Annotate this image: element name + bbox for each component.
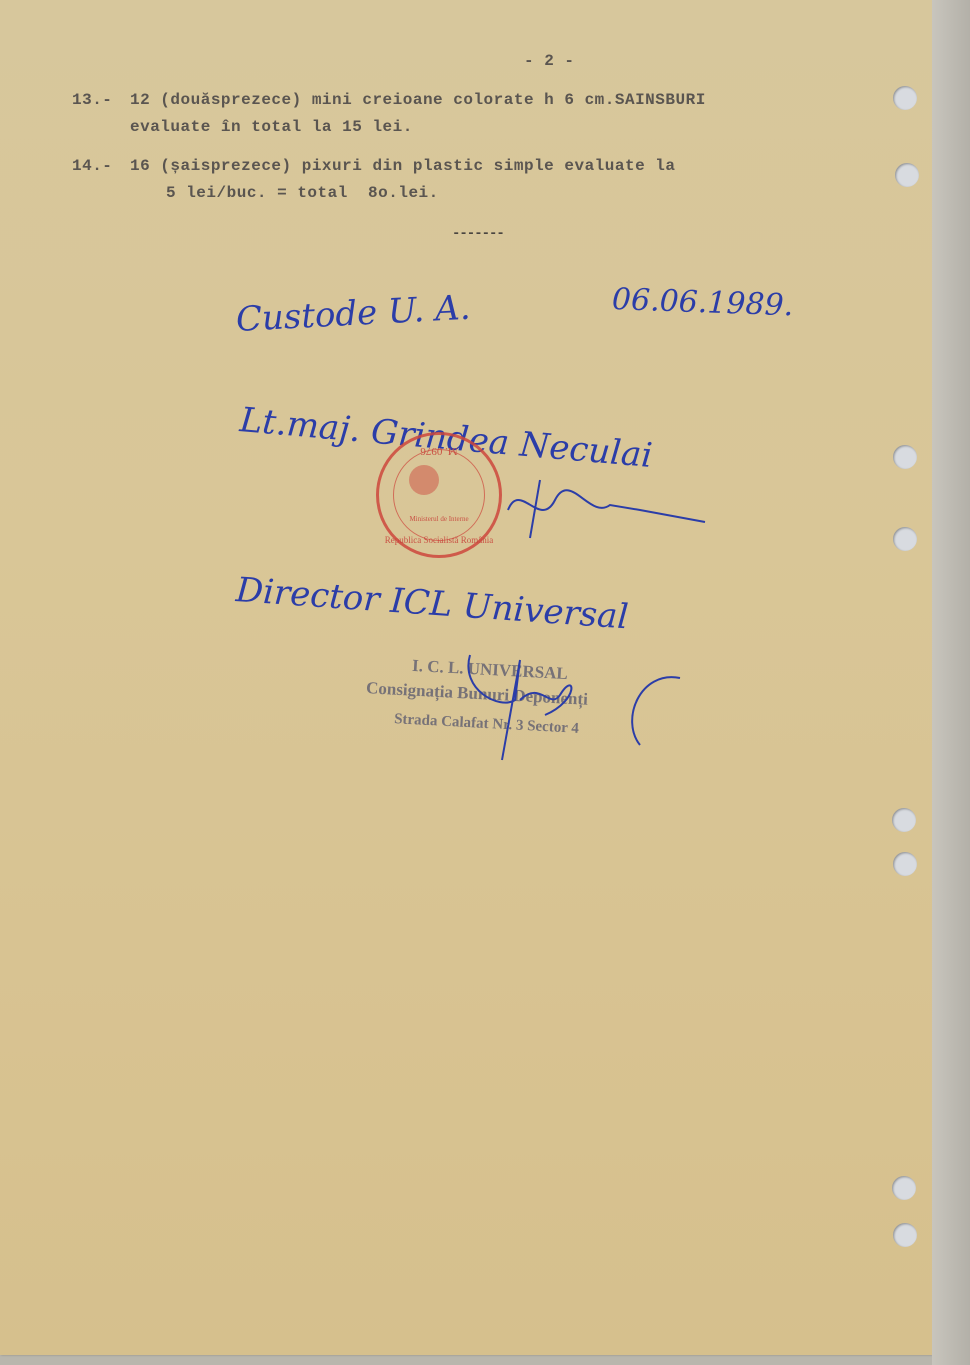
item-14-line2: 5 lei/buc. = total 8o.lei. [166, 184, 439, 202]
seal-code: M. 0976 [379, 445, 499, 457]
official-seal: M. 0976 Republica Socialistă România Min… [376, 432, 502, 558]
director-label: Director ICL Universal [235, 570, 630, 637]
punch-hole [893, 527, 917, 551]
document-page: - 2 - 13.- 12 (douăsprezece) mini creioa… [0, 0, 932, 1355]
custodian-label: Custode U. A. [235, 288, 471, 340]
punch-hole [893, 1223, 917, 1247]
punch-hole [892, 808, 916, 832]
item-13-line2: evaluate în total la 15 lei. [130, 118, 413, 136]
seal-outer-text: Republica Socialistă România [379, 535, 499, 545]
punch-hole [893, 445, 917, 469]
item-13-line1: 12 (douăsprezece) mini creioane colorate… [130, 91, 706, 109]
punch-hole [893, 86, 917, 110]
item-13-number: 13.- [72, 91, 112, 109]
separator: ------- [452, 226, 504, 242]
date: 06.06.1989. [611, 282, 793, 323]
item-14-number: 14.- [72, 157, 112, 175]
punch-hole [895, 163, 919, 187]
punch-hole [892, 1176, 916, 1200]
coat-of-arms-icon [409, 465, 439, 495]
seal-inner-ring [393, 449, 485, 541]
custodian-signature [500, 470, 730, 540]
scanner-background [932, 0, 970, 1365]
punch-hole [893, 852, 917, 876]
item-14-line1: 16 (șaisprezece) pixuri din plastic simp… [130, 157, 675, 175]
seal-inner-text: Ministerul de Interne [379, 515, 499, 523]
page-number: - 2 - [524, 52, 575, 70]
director-signature [440, 650, 690, 770]
